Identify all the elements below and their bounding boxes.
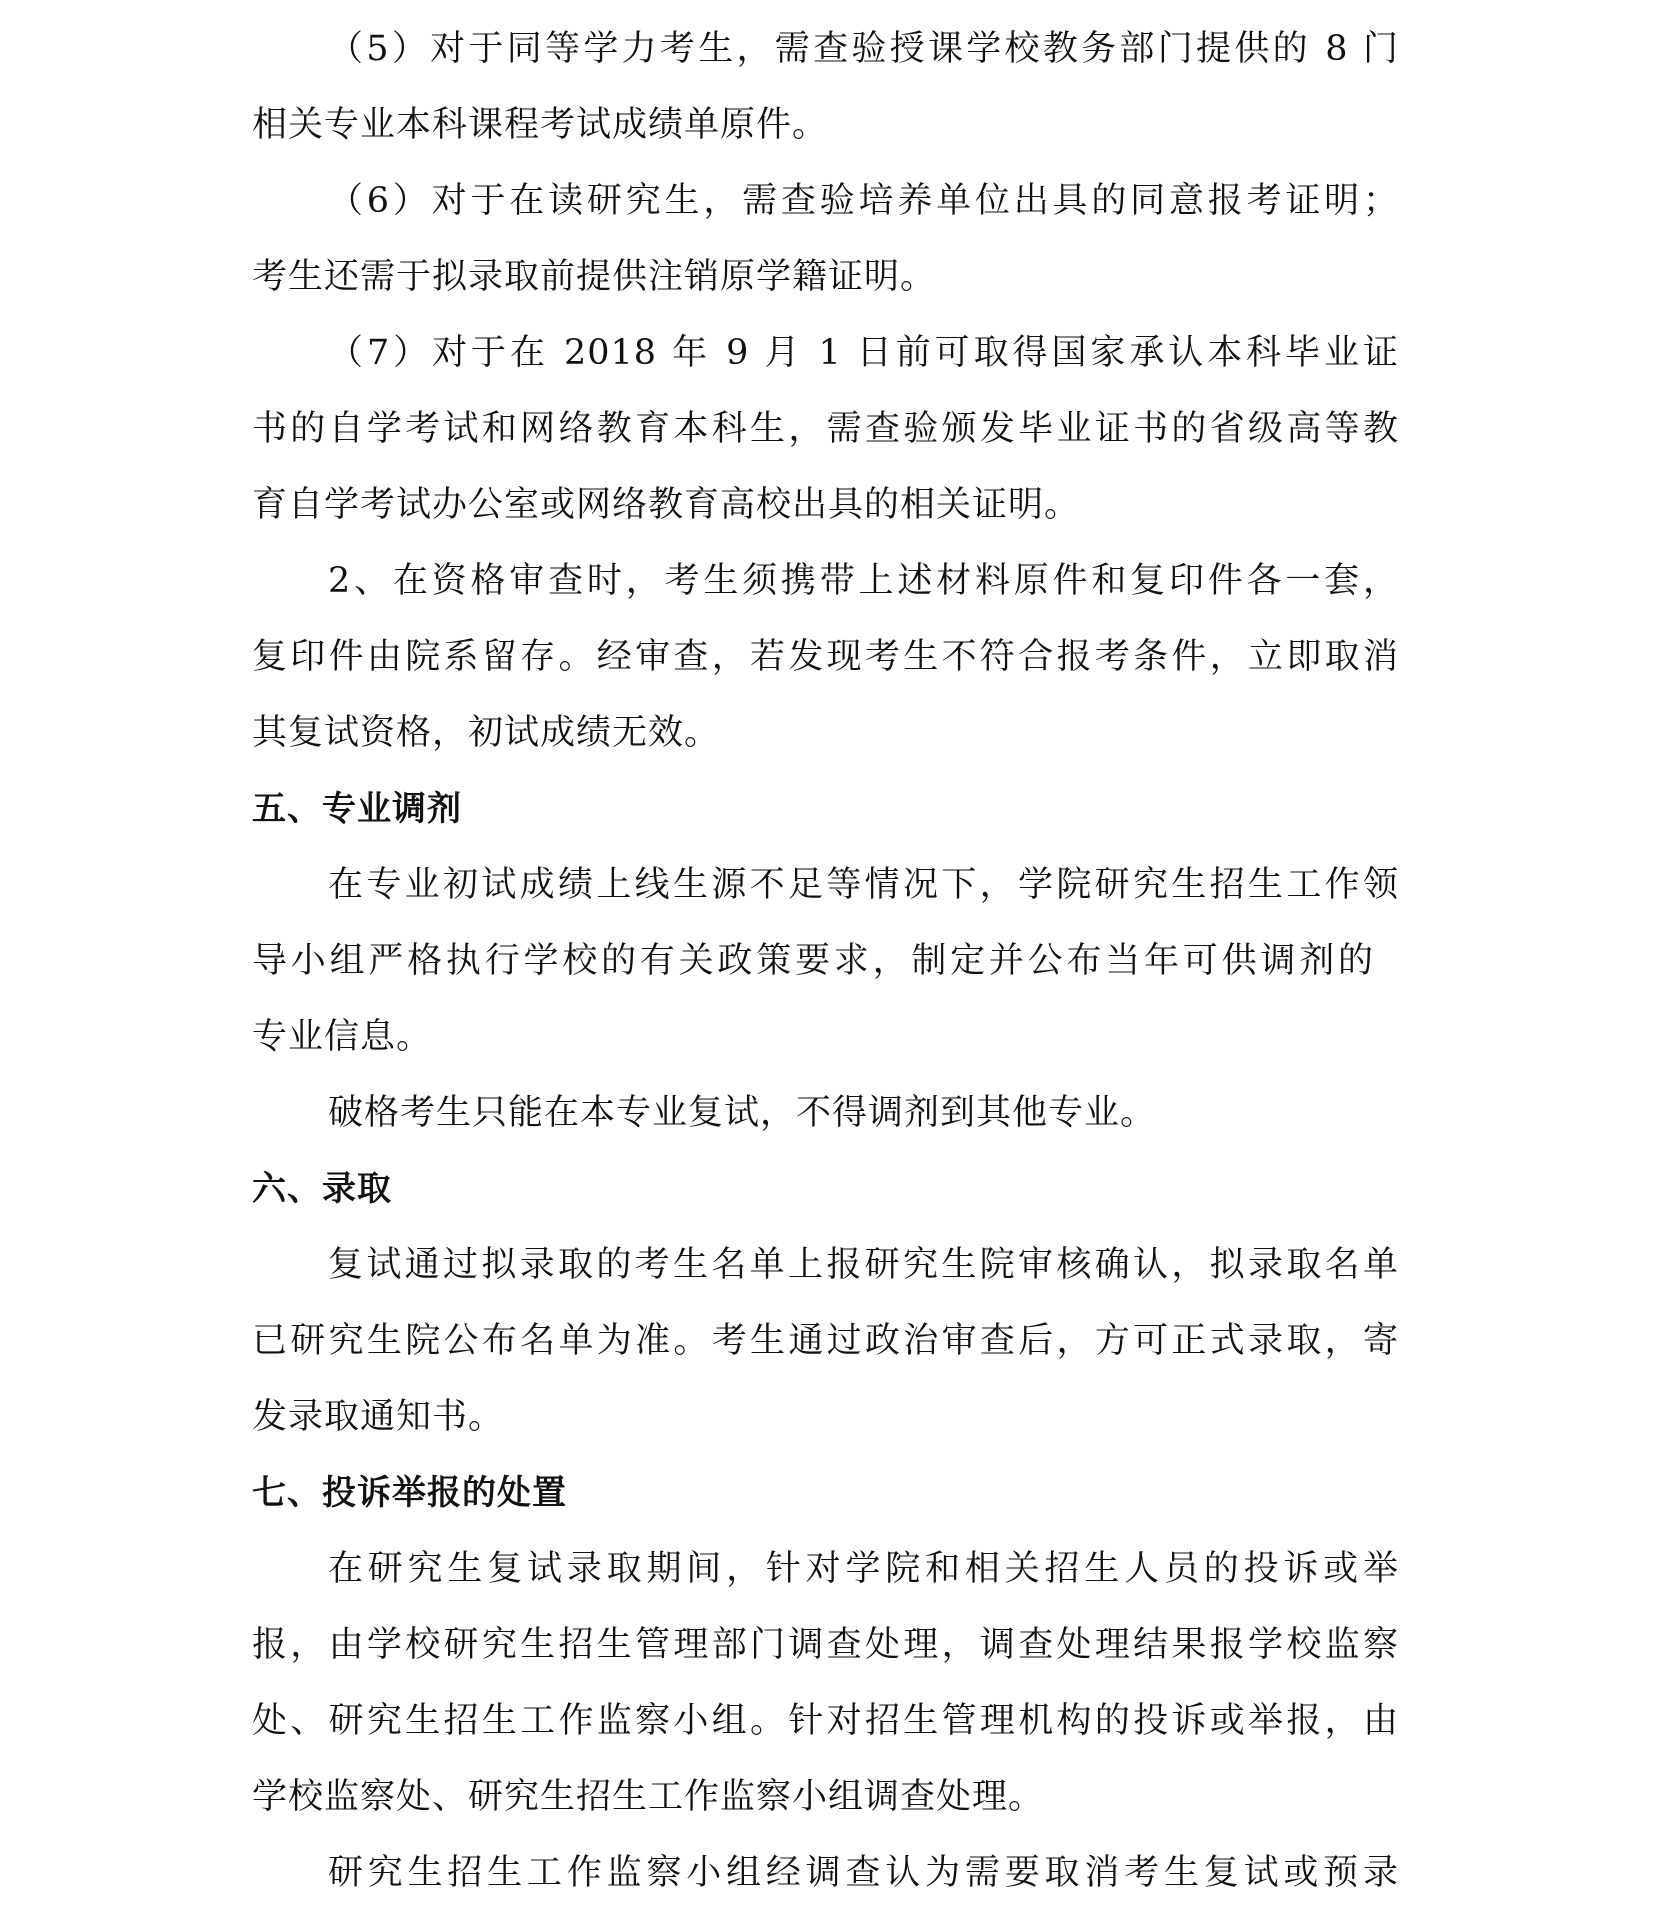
paragraph-line: 导小组严格执行学校的有关政策要求，制定并公布当年可供调剂的: [252, 923, 1374, 999]
paragraph-line: 育自学考试办公室或网络教育高校出具的相关证明。: [252, 467, 1402, 543]
paragraph-line: 处、研究生招生工作监察小组。针对招生管理机构的投诉或举报，由: [252, 1683, 1399, 1759]
paragraph-line: 学校监察处、研究生招生工作监察小组调查处理。: [252, 1759, 1402, 1835]
paragraph-line: 复试通过拟录取的考生名单上报研究生院审核确认，拟录取名单: [328, 1227, 1399, 1303]
paragraph-line: 2、在资格审查时，考生须携带上述材料原件和复印件各一套，: [328, 543, 1399, 619]
paragraph-line: 复印件由院系留存。经审查，若发现考生不符合报考条件，立即取消: [252, 619, 1399, 695]
paragraph-line: 破格考生只能在本专业复试，不得调剂到其他专业。: [328, 1075, 1478, 1151]
paragraph-line: （7）对于在 2018 年 9 月 1 日前可取得国家承认本科毕业证: [328, 315, 1399, 391]
paragraph-line: 相关专业本科课程考试成绩单原件。: [252, 87, 1402, 163]
paragraph-line: （6）对于在读研究生，需查验培养单位出具的同意报考证明；: [328, 163, 1399, 239]
section-heading-5: 五、专业调剂: [252, 771, 1402, 847]
paragraph-line: 在专业初试成绩上线生源不足等情况下，学院研究生招生工作领: [328, 847, 1399, 923]
paragraph-line: 考生还需于拟录取前提供注销原学籍证明。: [252, 239, 1402, 315]
paragraph-line: （5）对于同等学力考生，需查验授课学校教务部门提供的 8 门: [328, 11, 1399, 87]
paragraph-line: 在研究生复试录取期间，针对学院和相关招生人员的投诉或举: [328, 1531, 1399, 1607]
paragraph-line: 报，由学校研究生招生管理部门调查处理，调查处理结果报学校监察: [252, 1607, 1399, 1683]
paragraph-line: 已研究生院公布名单为准。考生通过政治审查后，方可正式录取，寄: [252, 1303, 1399, 1379]
paragraph-line: 专业信息。: [252, 999, 1402, 1075]
section-heading-6: 六、录取: [252, 1151, 1402, 1227]
document-page: （5）对于同等学力考生，需查验授课学校教务部门提供的 8 门 相关专业本科课程考…: [0, 0, 1654, 1914]
paragraph-line: 书的自学考试和网络教育本科生，需查验颁发毕业证书的省级高等教: [252, 391, 1399, 467]
section-heading-7: 七、投诉举报的处置: [252, 1455, 1402, 1531]
paragraph-line: 研究生招生工作监察小组经调查认为需要取消考生复试或预录: [328, 1835, 1399, 1911]
paragraph-line: 发录取通知书。: [252, 1379, 1402, 1455]
paragraph-line: 其复试资格，初试成绩无效。: [252, 695, 1402, 771]
